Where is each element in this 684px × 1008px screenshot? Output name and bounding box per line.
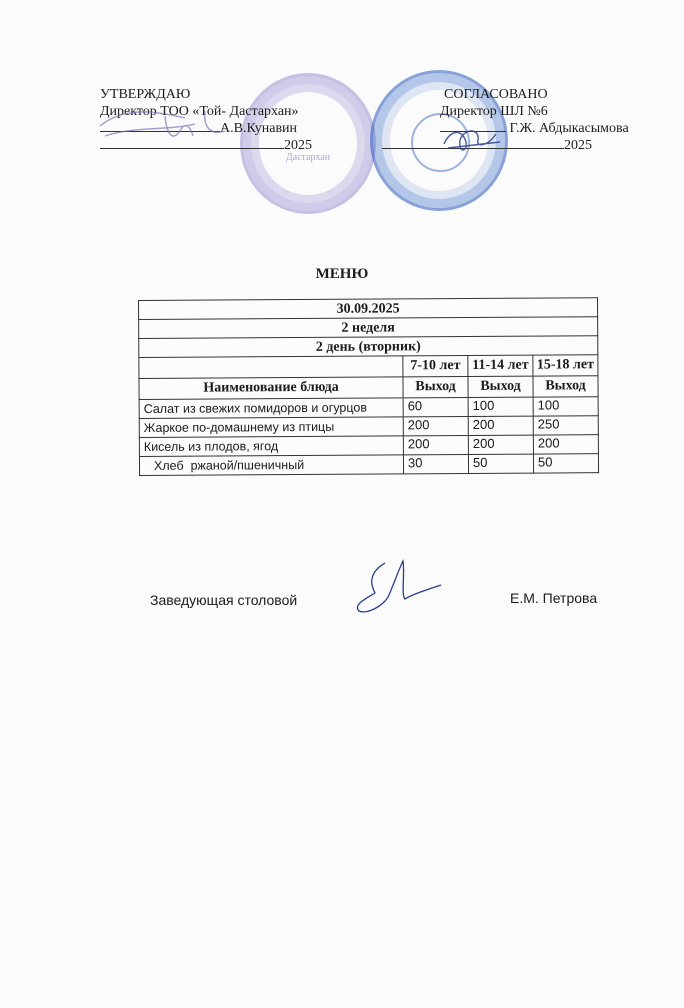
portion-value: 200 — [533, 435, 598, 454]
portion-value: 100 — [533, 397, 598, 416]
portion-value: 250 — [533, 416, 598, 435]
page-title: МЕНЮ — [0, 266, 684, 283]
portion-value: 60 — [403, 397, 468, 416]
manager-signature-icon — [345, 555, 445, 615]
director-signature-icon — [95, 96, 245, 156]
output-column-header: Выход — [403, 376, 468, 397]
age-group-header: 11-14 лет — [468, 355, 533, 376]
agreement-name: Г.Ж. Абдыкасымова — [510, 121, 629, 136]
school-director-signature-icon — [440, 122, 510, 162]
dish-name: Кисель из плодов, ягод — [139, 436, 403, 457]
portion-value: 50 — [468, 454, 533, 473]
age-group-header: 15-18 лет — [533, 355, 598, 376]
dish-column-header: Наименование блюда — [139, 377, 403, 400]
portion-value: 30 — [403, 454, 468, 473]
portion-value: 200 — [468, 416, 533, 435]
approval-year: 2025 — [284, 138, 312, 153]
portion-value: 50 — [533, 454, 598, 473]
dish-name: Салат из свежих помидоров и огурцов — [139, 398, 403, 419]
age-group-row: 7-10 лет 11-14 лет 15-18 лет — [139, 355, 598, 379]
column-header-row: Наименование блюда Выход Выход Выход — [139, 376, 598, 400]
canteen-manager-title: Заведующая столовой — [150, 592, 297, 608]
agreement-position: Директор ШЛ №6 — [440, 103, 629, 120]
portion-value: 200 — [468, 435, 533, 454]
agreement-year: 2025 — [564, 138, 592, 153]
agreement-heading: СОГЛАСОВАНО — [440, 86, 629, 103]
empty-header-cell — [139, 356, 403, 379]
portion-value: 200 — [403, 435, 468, 454]
table-row: Хлеб ржаной/пшеничный 30 50 50 — [139, 454, 598, 476]
output-column-header: Выход — [468, 376, 533, 397]
portion-value: 200 — [403, 416, 468, 435]
age-group-header: 7-10 лет — [403, 355, 468, 376]
dish-name: Хлеб ржаной/пшеничный — [139, 455, 403, 476]
output-column-header: Выход — [533, 376, 598, 397]
dish-name: Жаркое по-домашнему из птицы — [139, 417, 403, 438]
canteen-manager-name: Е.М. Петрова — [510, 590, 597, 606]
portion-value: 100 — [468, 397, 533, 416]
menu-table: 30.09.2025 2 неделя 2 день (вторник) 7-1… — [138, 297, 599, 476]
